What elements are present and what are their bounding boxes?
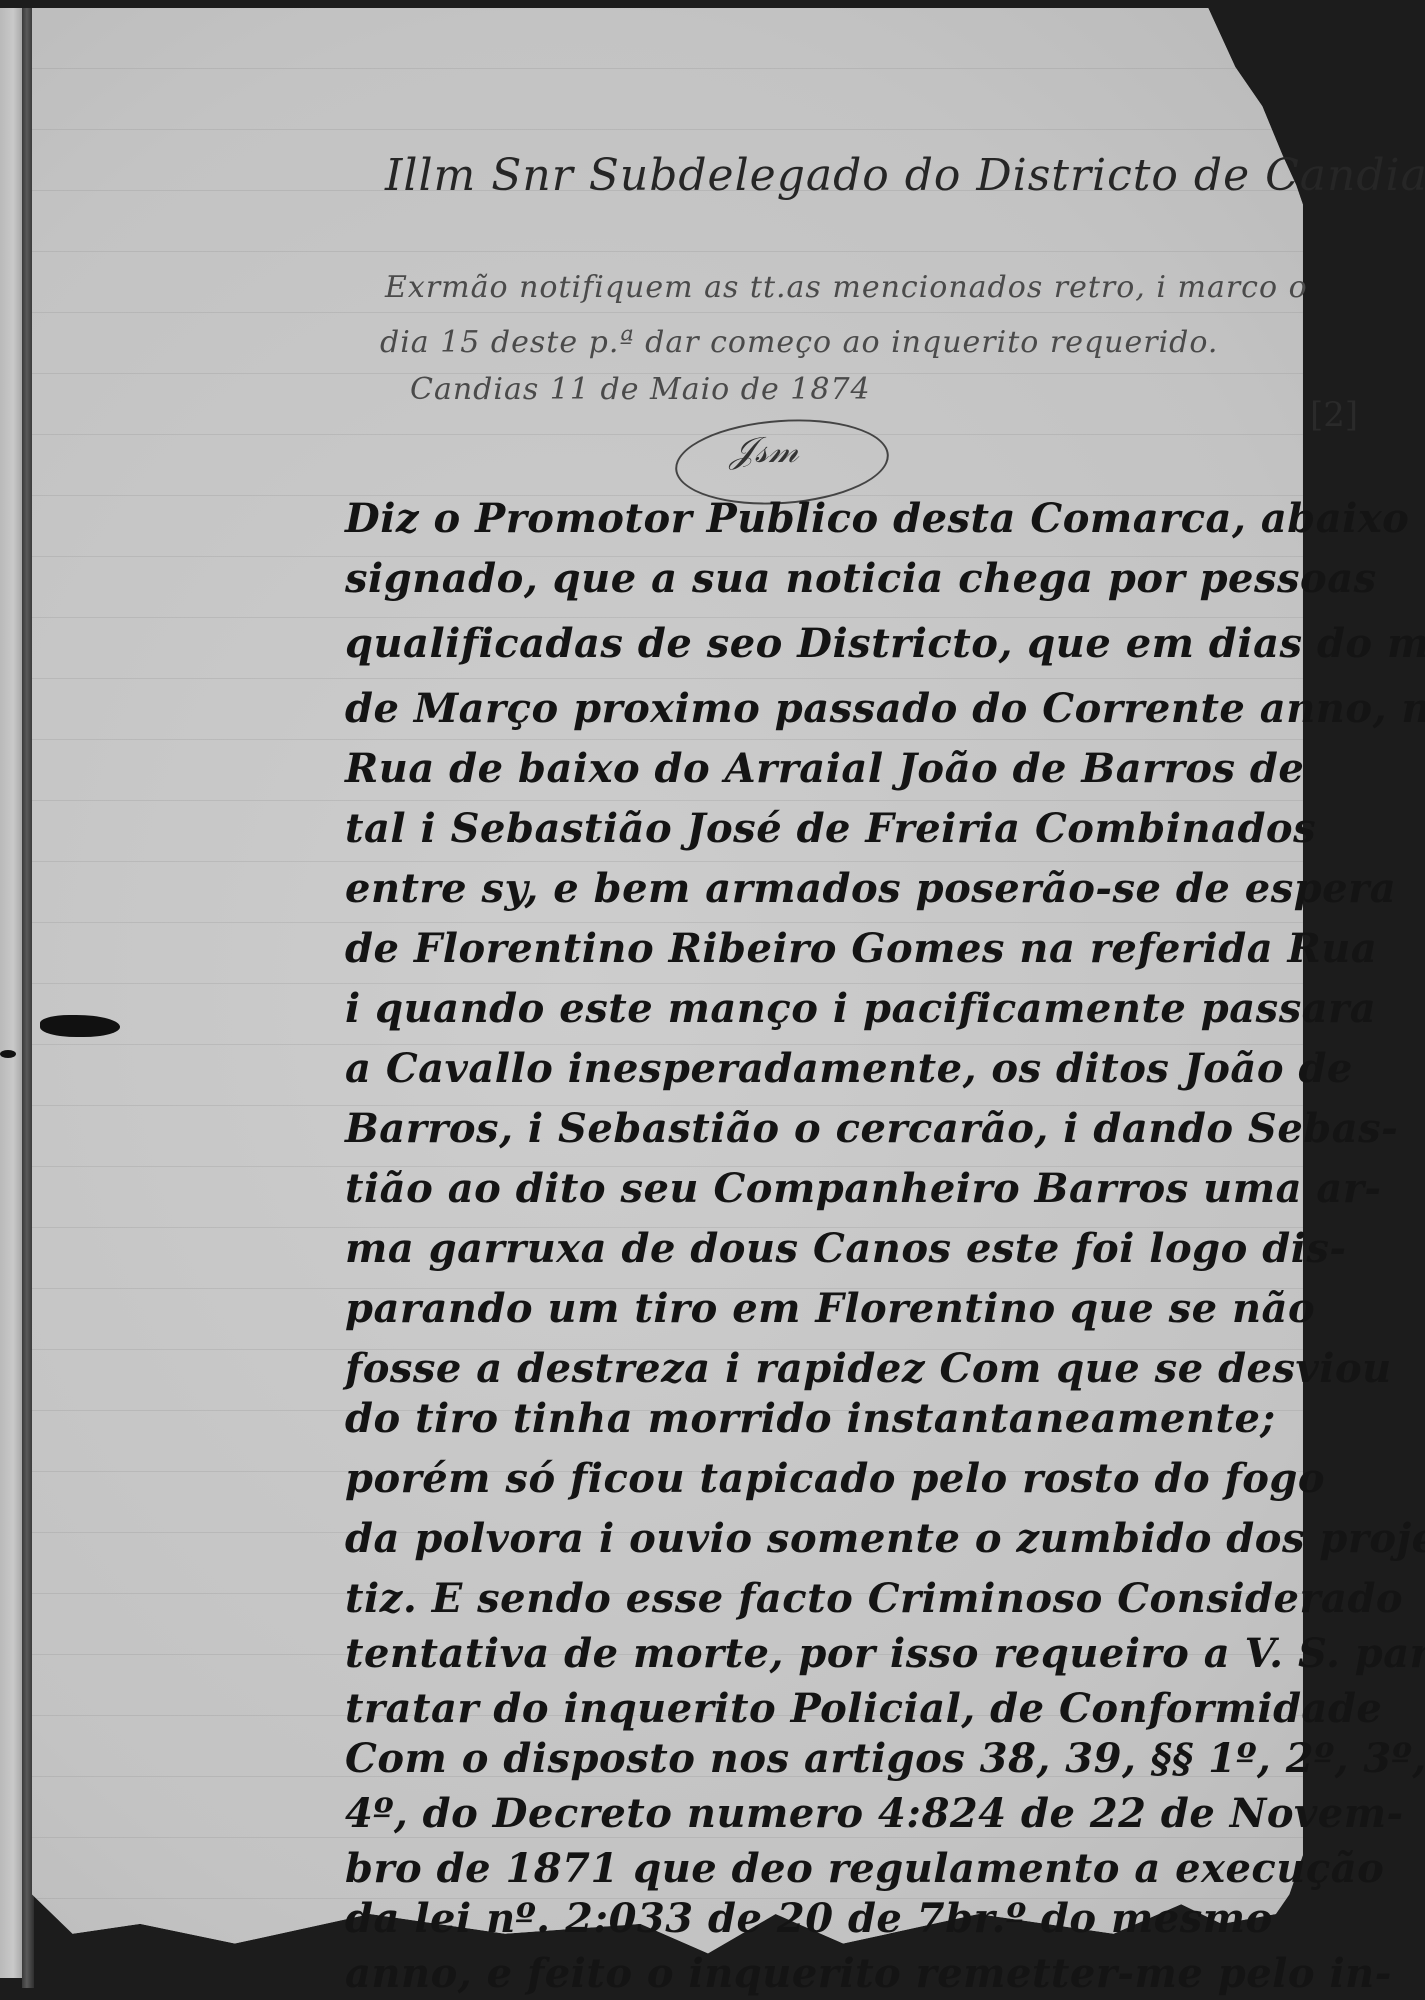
body-line: tiz. E sendo esse facto Criminoso Consid…: [345, 1575, 1403, 1622]
body-line: tentativa de morte, por isso requeiro a …: [345, 1630, 1425, 1677]
page-number: [2]: [1310, 395, 1358, 435]
body-line: do tiro tinha morrido instantaneamente;: [345, 1395, 1276, 1442]
body-line: ma garruxa de dous Canos este foi logo d…: [345, 1225, 1347, 1272]
body-line: Rua de baixo do Arraial João de Barros d…: [345, 745, 1304, 792]
adjacent-page-edge: [0, 8, 22, 1978]
ink-blot: [40, 1015, 120, 1037]
body-line: tal i Sebastião José de Freiria Combinad…: [345, 805, 1316, 852]
body-line: 4º, do Decreto numero 4:824 de 22 de Nov…: [345, 1790, 1404, 1837]
body-line: Com o disposto nos artigos 38, 39, §§ 1º…: [345, 1735, 1425, 1782]
body-line: Diz o Promotor Publico desta Comarca, ab…: [345, 495, 1425, 542]
body-line: da polvora i ouvio somente o zumbido dos…: [345, 1515, 1425, 1562]
body-line: fosse a destreza i rapidez Com que se de…: [345, 1345, 1392, 1392]
body-line: signado, que a sua noticia chega por pes…: [345, 555, 1377, 602]
ink-blot: [0, 1050, 16, 1058]
body-line: de Florentino Ribeiro Gomes na referida …: [345, 925, 1377, 972]
body-line: anno, e feito o inquerito remetter-me pe…: [345, 1950, 1392, 1997]
body-line: qualificadas de seo Districto, que em di…: [345, 620, 1425, 667]
rubric-signature: 𝒥𝓈𝓂: [730, 430, 799, 472]
body-line: bro de 1871 que deo regulamento a execuç…: [345, 1845, 1384, 1892]
body-line: de Março proximo passado do Corrente ann…: [345, 685, 1425, 732]
body-line: porém só ficou tapicado pelo rosto do fo…: [345, 1455, 1325, 1502]
despacho-line-2: dia 15 deste p.ª dar começo ao inquerito…: [380, 325, 1218, 360]
body-line: a Cavallo inesperadamente, os ditos João…: [345, 1045, 1353, 1092]
despacho-date: Candias 11 de Maio de 1874: [410, 372, 871, 407]
body-line: da lei nº. 2:033 de 20 de 7br.º do mesmo: [345, 1895, 1273, 1942]
body-line: parando um tiro em Florentino que se não: [345, 1285, 1315, 1332]
address-line: Illm Snr Subdelegado do Districto de Can…: [385, 150, 1425, 201]
despacho-line-1: Exrmão notifiquem as tt.as mencionados r…: [385, 270, 1308, 305]
body-line: tratar do inquerito Policial, de Conform…: [345, 1685, 1382, 1732]
body-line: Barros, i Sebastião o cercarão, i dando …: [345, 1105, 1398, 1152]
body-line: tião ao dito seu Companheiro Barros uma …: [345, 1165, 1382, 1212]
body-line: entre sy, e bem armados poserão-se de es…: [345, 865, 1396, 912]
body-line: i quando este manço i pacificamente pass…: [345, 985, 1376, 1032]
